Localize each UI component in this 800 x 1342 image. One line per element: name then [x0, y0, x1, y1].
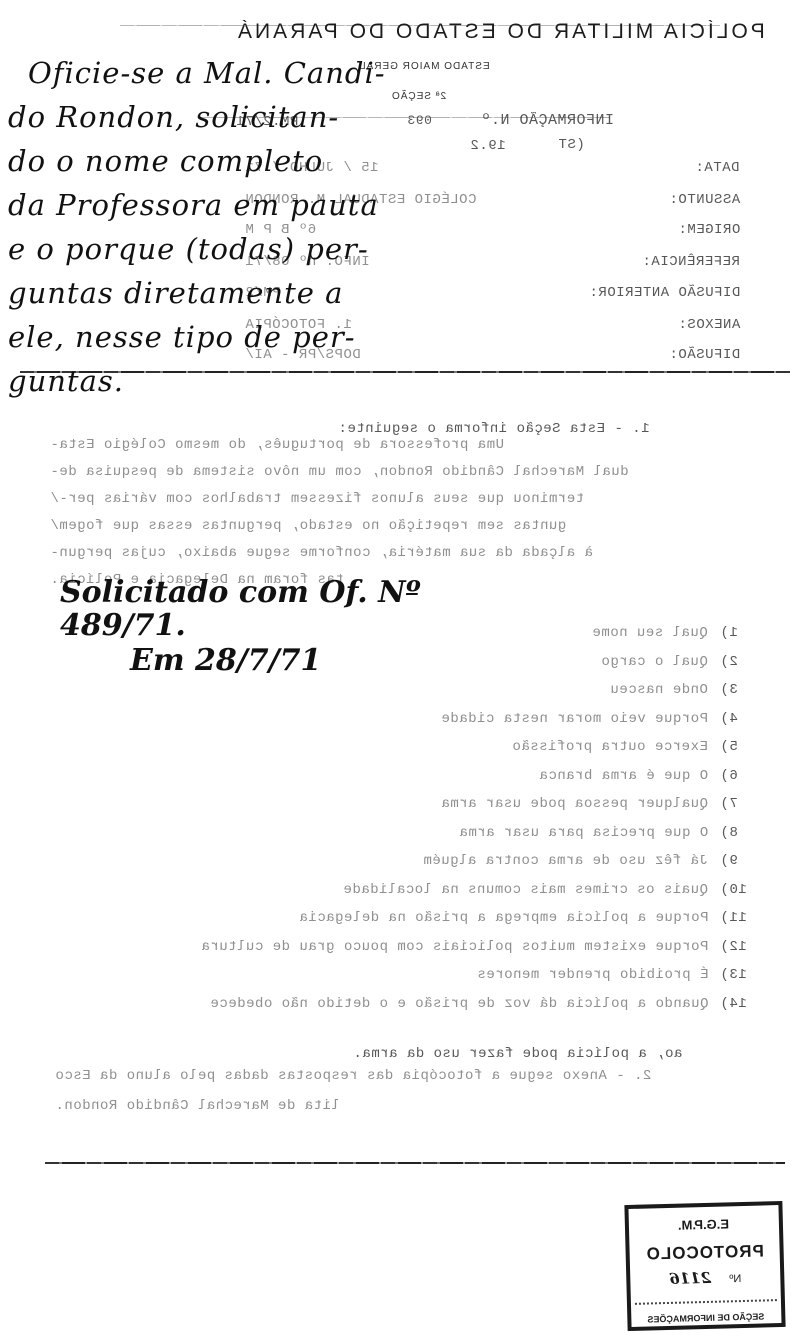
- question-number: 7): [720, 796, 738, 812]
- question-text: Qual o cargo: [601, 654, 708, 670]
- question-number-wrap: 3): [720, 682, 738, 698]
- question-number-wrap: 2): [720, 654, 738, 670]
- para1-line-wrap: guntas sem repetição no estado, pergunta…: [50, 518, 566, 534]
- question-text: Quando a polícia dá voz de prisão e o de…: [210, 996, 708, 1012]
- stamp-footer: SEÇÃO DE INFORMAÇÕES: [648, 1311, 765, 1324]
- field-label-wrap: ASSUNTO:: [669, 192, 740, 208]
- para1-line: dual Marechal Cândido Rondon, com um nôv…: [50, 464, 629, 480]
- question-text: Porque existem muitos policiais com pouc…: [201, 939, 708, 955]
- question-number-wrap: 12): [720, 939, 747, 955]
- q14-continuation-wrap: ao, a polícia pode fazer uso da arma.: [335, 1030, 682, 1062]
- handwritten-note-line: guntas.: [8, 364, 124, 398]
- field-label: ASSUNTO:: [669, 192, 740, 208]
- handwritten-note-line: do Rondon, solicitan-: [8, 100, 339, 134]
- question-text: É proibido prender menores: [477, 967, 708, 983]
- handwritten-note-line: Oficie-se a Mal. Candi-: [28, 56, 386, 90]
- question-number-wrap: 11): [720, 910, 747, 926]
- question-number-wrap: 7): [720, 796, 738, 812]
- question-text-wrap: Onde nasceu: [610, 682, 708, 698]
- question-text-wrap: Quando a polícia dá voz de prisão e o de…: [210, 996, 708, 1012]
- question-text-wrap: Qualquer pessoa pode usar arma: [441, 796, 708, 812]
- question-number-wrap: 6): [720, 768, 738, 784]
- sub-code-prefix: (ST: [558, 137, 585, 153]
- sub-code-wrap: 19.2: [452, 122, 505, 154]
- sub-code-prefix-wrap: (ST: [540, 121, 585, 153]
- para2-line-wrap: 2. - Anexo segue a fotocópia das respost…: [55, 1068, 651, 1084]
- question-text: O que precisa para usar arma: [459, 825, 708, 841]
- question-text: Porque veio morar nesta cidade: [441, 711, 708, 727]
- para2-line-wrap: lita de Marechal Cândido Rondon.: [55, 1098, 340, 1114]
- para1-line: Uma professora de português, do mesmo Co…: [50, 437, 504, 453]
- question-number: 14): [720, 996, 747, 1012]
- field-label: ANEXOS:: [678, 317, 740, 333]
- question-text-wrap: Já fêz uso de arma contra alguém: [423, 853, 708, 869]
- question-number-wrap: 4): [720, 711, 738, 727]
- sub-code: 19.2: [470, 138, 506, 154]
- field-label-wrap: DIFUSÃO:: [669, 347, 740, 363]
- handwritten-note-line: da Professora em pauta: [8, 188, 379, 222]
- field-label-wrap: ANEXOS:: [678, 317, 740, 333]
- question-text: Já fêz uso de arma contra alguém: [423, 853, 708, 869]
- handwritten-note-line: guntas diretamente a: [8, 276, 343, 310]
- para2-line: 2. - Anexo segue a fotocópia das respost…: [55, 1068, 651, 1084]
- question-text-wrap: Porque veio morar nesta cidade: [441, 711, 708, 727]
- para1-line-wrap: à alçada da sua matéria, conforme segue …: [50, 545, 593, 561]
- stamp-line2-wrap: PROTOCOLO: [629, 1241, 779, 1265]
- question-text-wrap: Porque existem muitos policiais com pouc…: [201, 939, 708, 955]
- para2-line: lita de Marechal Cândido Rondon.: [55, 1098, 340, 1114]
- fields-rule: [20, 371, 790, 373]
- question-number: 6): [720, 768, 738, 784]
- question-number-wrap: 14): [720, 996, 747, 1012]
- question-text-wrap: Porque a polícia emprega a prisão na del…: [299, 910, 708, 926]
- question-number: 8): [720, 825, 738, 841]
- question-text-wrap: O que precisa para usar arma: [459, 825, 708, 841]
- question-number-wrap: 5): [720, 739, 738, 755]
- question-text: O que é arma branca: [539, 768, 708, 784]
- question-text-wrap: Exerce outra profissão: [512, 739, 708, 755]
- info-number-wrap: 093: [390, 98, 432, 128]
- info-number: 093: [407, 113, 432, 128]
- question-number-wrap: 8): [720, 825, 738, 841]
- protocol-stamp: E.G.P.M. PROTOCOLO 2116 Nº SEÇÃO DE INFO…: [624, 1201, 785, 1331]
- header-rule: [120, 25, 720, 26]
- handwritten-annotation-line: 489/71.: [60, 608, 186, 643]
- question-text-wrap: Qual seu nome: [592, 625, 708, 641]
- question-text-wrap: Qual o cargo: [601, 654, 708, 670]
- para1-line-wrap: Uma professora de português, do mesmo Co…: [50, 437, 504, 453]
- stamp-number-prefix: Nº: [729, 1273, 741, 1285]
- field-label: DIFUSÃO ANTERIOR:: [589, 285, 740, 301]
- question-number: 12): [720, 939, 747, 955]
- question-number-wrap: 13): [720, 967, 747, 983]
- question-text-wrap: O que é arma branca: [539, 768, 708, 784]
- question-number: 10): [720, 882, 747, 898]
- question-text: Qual seu nome: [592, 625, 708, 641]
- question-number-wrap: 1): [720, 625, 738, 641]
- stamp-number: 2116: [669, 1269, 711, 1288]
- para1-line-wrap: terminou que seus alunos fizessem trabal…: [50, 491, 584, 507]
- question-number: 11): [720, 910, 747, 926]
- para1-line: guntas sem repetição no estado, pergunta…: [50, 518, 566, 534]
- para1-line: à alçada da sua matéria, conforme segue …: [50, 545, 593, 561]
- question-text-wrap: É proibido prender menores: [477, 967, 708, 983]
- field-label: DATA:: [695, 160, 740, 176]
- question-number: 9): [720, 853, 738, 869]
- field-label: ORIGEM:: [678, 222, 740, 238]
- question-text: Exerce outra profissão: [512, 739, 708, 755]
- question-number-wrap: 9): [720, 853, 738, 869]
- question-number: 13): [720, 967, 747, 983]
- footer-rule: [45, 1162, 785, 1164]
- field-label-wrap: REFERÊNCIA:: [642, 254, 740, 270]
- question-number-wrap: 10): [720, 882, 747, 898]
- question-number: 3): [720, 682, 738, 698]
- para1-heading: 1. - Esta Seção informa o seguinte:: [338, 421, 650, 437]
- handwritten-note-line: ele, nesse tipo de per-: [8, 320, 356, 354]
- question-number: 5): [720, 739, 738, 755]
- field-label: REFERÊNCIA:: [642, 254, 740, 270]
- q14-continuation: ao, a polícia pode fazer uso da arma.: [353, 1046, 682, 1062]
- para1-heading-wrap: 1. - Esta Seção informa o seguinte:: [320, 405, 649, 437]
- field-label-wrap: DATA:: [695, 160, 740, 176]
- para1-line: terminou que seus alunos fizessem trabal…: [50, 491, 584, 507]
- field-label: DIFUSÃO:: [669, 347, 740, 363]
- question-text: Onde nasceu: [610, 682, 708, 698]
- question-text: Qualquer pessoa pode usar arma: [441, 796, 708, 812]
- handwritten-note-line: do o nome completo: [8, 144, 323, 178]
- question-text: Quais os crimes mais comuns na localidad…: [343, 882, 708, 898]
- question-text-wrap: Quais os crimes mais comuns na localidad…: [343, 882, 708, 898]
- handwritten-annotation-line: Solicitado com Of. Nº: [60, 575, 421, 610]
- handwritten-annotation-line: Em 28/7/71: [130, 643, 321, 678]
- field-label-wrap: ORIGEM:: [678, 222, 740, 238]
- stamp-line1: E.G.P.M.: [678, 1216, 729, 1232]
- handwritten-note-line: e o porque (todas) per-: [8, 232, 369, 266]
- stamp-line2: PROTOCOLO: [645, 1241, 764, 1264]
- question-text: Porque a polícia emprega a prisão na del…: [299, 910, 708, 926]
- stamp-footer-wrap: SEÇÃO DE INFORMAÇÕES: [631, 1311, 781, 1325]
- question-number: 4): [720, 711, 738, 727]
- para1-line-wrap: dual Marechal Cândido Rondon, com um nôv…: [50, 464, 629, 480]
- question-number: 2): [720, 654, 738, 670]
- question-number: 1): [720, 625, 738, 641]
- field-label-wrap: DIFUSÃO ANTERIOR:: [589, 285, 740, 301]
